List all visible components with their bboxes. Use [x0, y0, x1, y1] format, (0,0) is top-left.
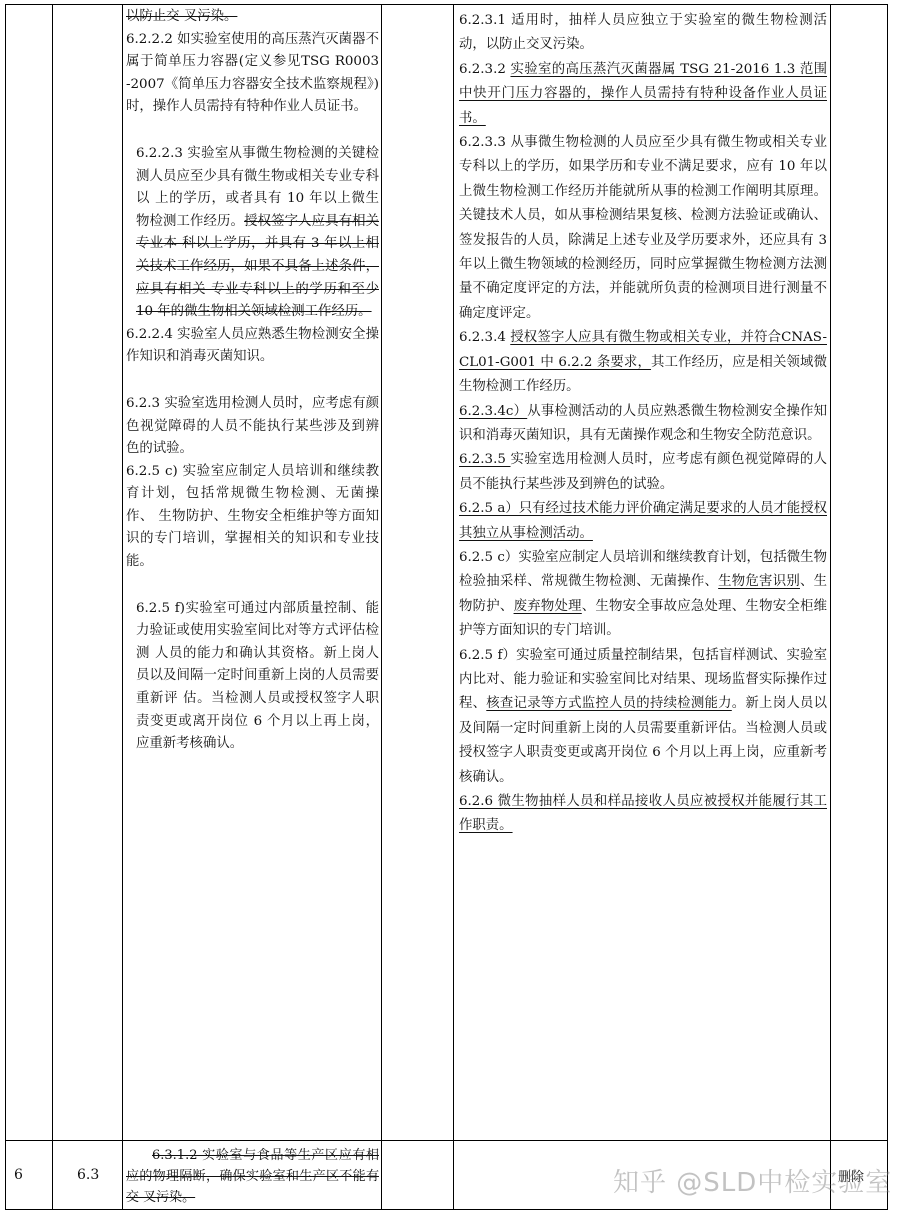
new-clause-6-2-3-4c: 6.2.3.4c）从事检测活动的人员应熟悉微生物检测安全操作知识和消毒灭菌知识，…	[459, 400, 827, 449]
new-clause-6-2-5f: 6.2.5 f）实验室可通过质量控制结果，包括盲样测试、实验室内比对、能力验证和…	[459, 644, 827, 790]
new-clause-6-2-3-4: 6.2.3.4 授权签字人应具有微生物或相关专业，并符合CNAS-CL01-G0…	[459, 326, 827, 399]
old-clause-6-2-2-4: 6.2.2.4 实验室人员应熟悉生物检测安全操作知识和消毒灭菌知识。	[126, 324, 379, 369]
column-divider	[830, 5, 831, 1209]
new-clause-6-2-3-5: 6.2.3.5 实验室选用检测人员时，应考虑有颜色视觉障碍的人员不能执行某些涉及…	[459, 448, 827, 497]
old-clause-6-2-5f: 6.2.5 f)实验室可通过内部质量控制、能力验证或使用实验室间比对等方式评估检…	[126, 598, 379, 756]
row-index: 6	[14, 1167, 23, 1183]
new-clause-6-2-3-1: 6.2.3.1 适用时，抽样人员应独立于实验室的微生物检测活动，以防止交叉污染。	[459, 9, 827, 58]
column-divider	[381, 5, 382, 1209]
new-clause-6-2-5c: 6.2.5 c）实验室应制定人员培训和继续教育计划，包括微生物检验抽采样、常规微…	[459, 546, 827, 644]
old-clause-6-2-3: 6.2.3 实验室选用检测人员时，应考虑有颜色视觉障碍的人员不能执行某些涉及到辨…	[126, 393, 379, 461]
column-divider	[453, 5, 454, 1209]
new-clause-6-2-3-2: 6.2.3.2 实验室的高压蒸汽灭菌器属 TSG 21-2016 1.3 范围中…	[459, 58, 827, 131]
new-clause-6-2-6: 6.2.6 微生物抽样人员和样品接收人员应被授权并能履行其工作职责。	[459, 790, 827, 839]
watermark: 知乎 @SLD中检实验室	[613, 1162, 892, 1199]
old-clause-6-2-5c: 6.2.5 c) 实验室应制定人员培训和继续教育计划，包括常规微生物检测、无菌操…	[126, 461, 379, 574]
column-divider	[52, 5, 53, 1209]
old-clause-cell: 以防止交 叉污染。 6.2.2.2 如实验室使用的高压蒸汽灭菌器不属于简单压力容…	[126, 6, 379, 756]
old-clause-deleted: 以防止交 叉污染。	[126, 6, 379, 29]
clause-number: 6.3	[77, 1167, 99, 1183]
old-clause-deleted: 授权签字人应具有相关专业本 科以上学历，并具有 3 年以上相关技术工作经历，如果…	[136, 214, 379, 319]
old-clause-6-3-1-2: 6.3.1.2 实验室与食品等生产区应有相应的物理隔断，确保实验室和生产区不能有…	[126, 1145, 379, 1208]
row-divider	[6, 1140, 887, 1141]
new-clause-6-2-5a: 6.2.5 a）只有经过技术能力评价确定满足要求的人员才能授权其独立从事检测活动…	[459, 497, 827, 546]
new-clause-cell: 6.2.3.1 适用时，抽样人员应独立于实验室的微生物检测活动，以防止交叉污染。…	[459, 9, 827, 839]
new-clause-6-2-3-3: 6.2.3.3 从事微生物检测的人员应至少具有微生物或相关专业专科以上的学历，如…	[459, 131, 827, 326]
old-clause-6-2-2-2: 6.2.2.2 如实验室使用的高压蒸汽灭菌器不属于简单压力容器(定义参见TSG …	[126, 29, 379, 119]
column-divider	[122, 5, 123, 1209]
old-clause-6-2-2-3: 6.2.2.3 实验室从事微生物检测的关键检测人员应至少具有微生物或相关专业专科…	[126, 143, 379, 324]
